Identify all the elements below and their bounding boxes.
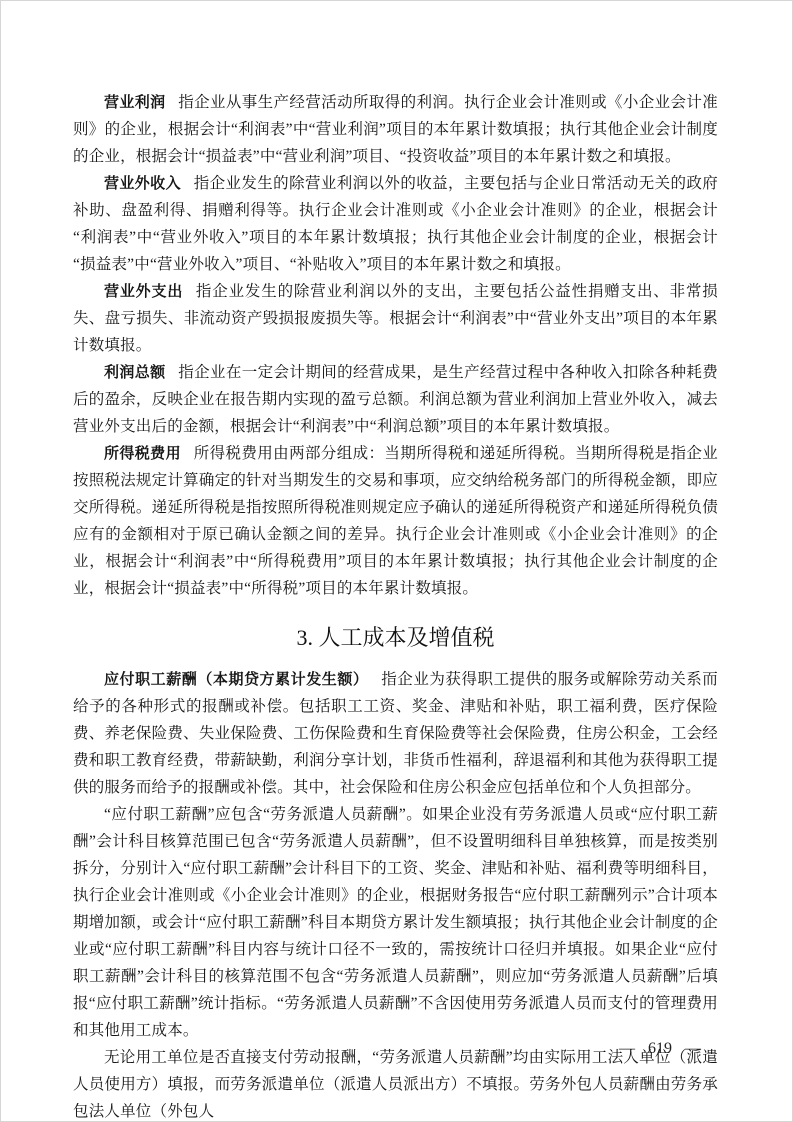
definition-text: 指企业为获得职工提供的服务或解除劳动关系而给予的各种形式的报酬或补偿。包括职工工…	[73, 671, 718, 796]
definition-paragraph-total-profit: 利润总额指企业在一定会计期间的经营成果，是生产经营过程中各种收入扣除各种耗费后的…	[73, 359, 718, 440]
definition-term: 营业外收入	[104, 175, 181, 192]
definition-text: 指企业从事生产经营活动所取得的利润。执行企业会计准则或《小企业会计准则》的企业，…	[73, 94, 718, 165]
page-footer: — 619 —	[619, 1039, 701, 1059]
definition-paragraph-employee-compensation: 应付职工薪酬（本期贷方累计发生额）指企业为获得职工提供的服务或解除劳动关系而给予…	[73, 666, 718, 801]
body-text: “应付职工薪酬”应包含“劳务派遣人员薪酬”。如果企业没有劳务派遣人员或“应付职工…	[73, 806, 718, 1039]
definition-term: 营业外支出	[104, 283, 183, 300]
page-number: 619	[648, 1039, 672, 1059]
definition-term: 应付职工薪酬（本期贷方累计发生额）	[104, 671, 368, 688]
footer-dash-left: —	[619, 1039, 635, 1059]
definition-term: 所得税费用	[104, 445, 181, 462]
definition-term: 营业利润	[104, 94, 166, 111]
page-content: 营业利润指企业从事生产经营活动所取得的利润。执行企业会计准则或《小企业会计准则》…	[73, 89, 718, 1122]
definition-paragraph-income-tax-expense: 所得税费用所得税费用由两部分组成：当期所得税和递延所得税。当期所得税是指企业按照…	[73, 440, 718, 602]
body-paragraph-dispatched-labor-rules: “应付职工薪酬”应包含“劳务派遣人员薪酬”。如果企业没有劳务派遣人员或“应付职工…	[73, 801, 718, 1044]
footer-dash-right: —	[685, 1039, 701, 1059]
definition-paragraph-operating-profit: 营业利润指企业从事生产经营活动所取得的利润。执行企业会计准则或《小企业会计准则》…	[73, 89, 718, 170]
body-text: 无论用工单位是否直接支付劳动报酬，“劳务派遣人员薪酬”均由实际用工法人单位（派遣…	[73, 1049, 718, 1120]
definition-paragraph-nonoperating-expense: 营业外支出指企业发生的除营业利润以外的支出，主要包括公益性捐赠支出、非常损失、盘…	[73, 278, 718, 359]
definition-term: 利润总额	[104, 364, 166, 381]
definition-paragraph-nonoperating-income: 营业外收入指企业发生的除营业利润以外的收益，主要包括与企业日常活动无关的政府补助…	[73, 170, 718, 278]
section-heading-labor-cost-vat: 3. 人工成本及增值税	[73, 623, 718, 653]
document-page: 营业利润指企业从事生产经营活动所取得的利润。执行企业会计准则或《小企业会计准则》…	[0, 0, 793, 1122]
definition-text: 所得税费用由两部分组成：当期所得税和递延所得税。当期所得税是指企业按照税法规定计…	[73, 445, 718, 597]
definition-text: 指企业在一定会计期间的经营成果，是生产经营过程中各种收入扣除各种耗费后的盈余，反…	[73, 364, 718, 435]
